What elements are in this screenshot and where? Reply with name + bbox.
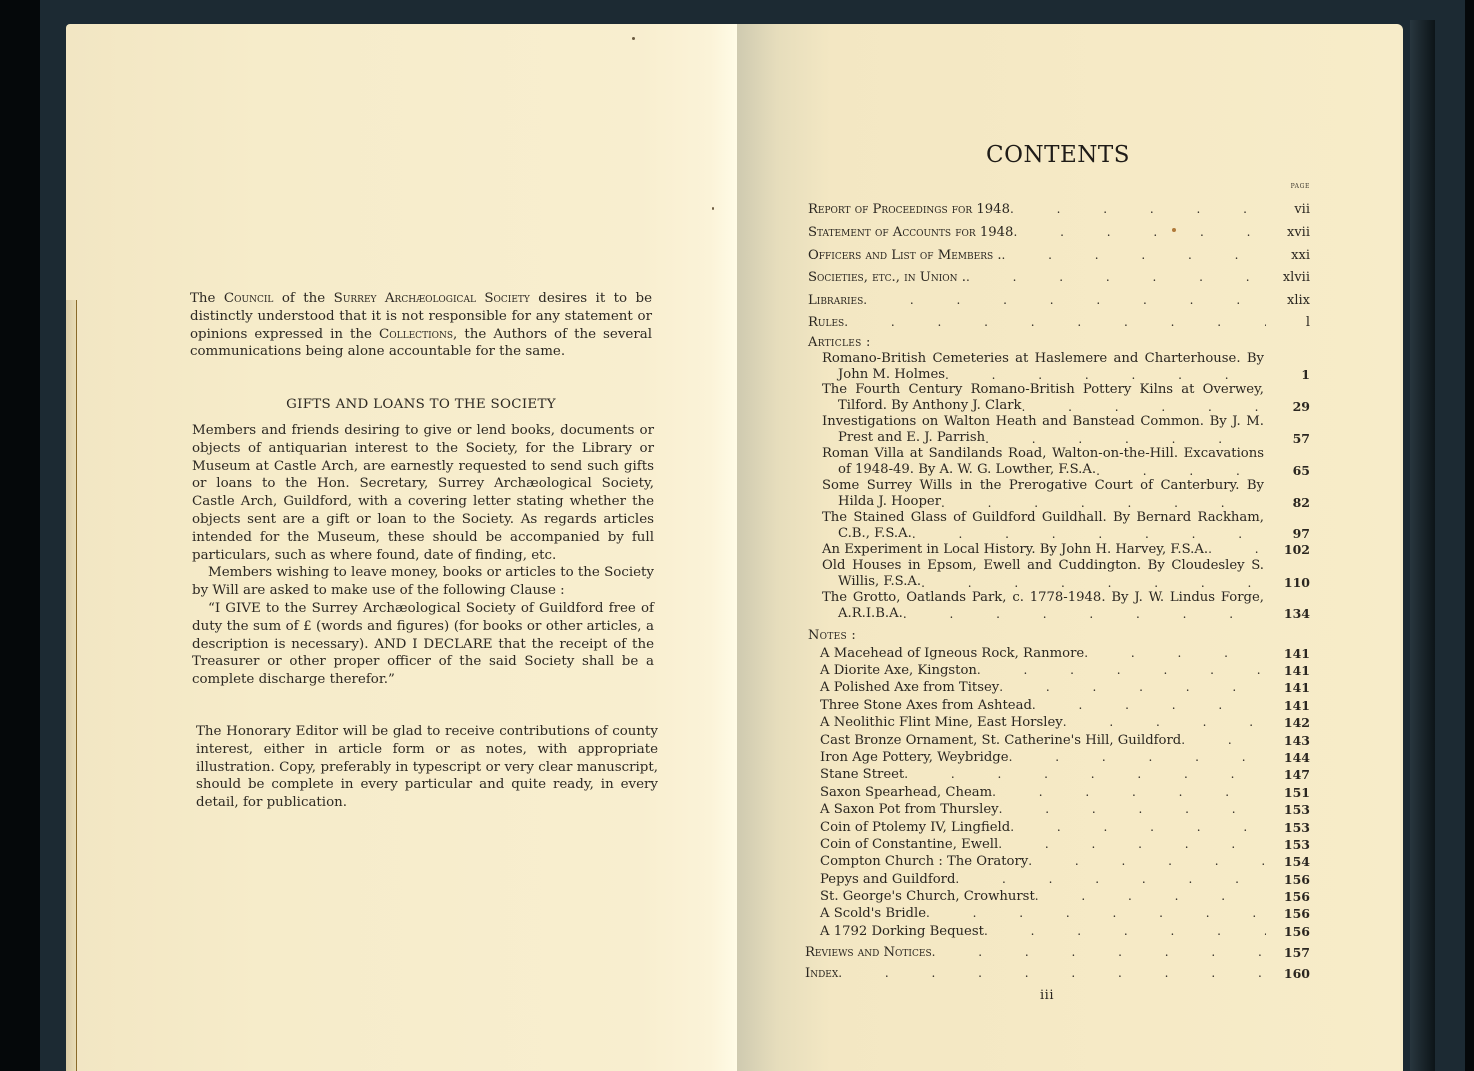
dot-leader: . . . . . . . . . . . . . . . . . . . . … (1010, 819, 1266, 836)
toc-entry-page: l (1266, 314, 1310, 331)
page-column-label: page (1270, 181, 1310, 191)
dot-leader: . . . . . . . . . . . . . . . . . . . . … (955, 871, 1266, 888)
toc-entry[interactable]: A 1792 Dorking Bequest . . . . . . . . .… (808, 923, 1310, 940)
toc-entry-title-line1: The Stained Glass of Guildford Guildhall… (822, 510, 1264, 526)
toc-entry-title-line2: C.B., F.S.A. (838, 526, 912, 542)
paper-speck (1172, 228, 1176, 232)
toc-entry-title: Statement of Accounts for 1948 (808, 224, 1013, 241)
toc-entry-page: 141 (1266, 645, 1310, 662)
dot-leader: . . . . . . . . . . . . . . . . . . . . … (1009, 749, 1266, 766)
toc-entry-title: Pepys and Guildford (820, 871, 955, 888)
left-page-edge (66, 300, 77, 1071)
toc-entry[interactable]: Stane Street . . . . . . . . . . . . . .… (808, 766, 1310, 783)
toc-entry-title: Coin of Constantine, Ewell (820, 836, 998, 853)
toc-entry-page: 134 (1266, 606, 1310, 621)
dot-leader: . . . . . . . . . . . . . . . . . . . . … (1022, 400, 1266, 414)
toc-entry-title: A 1792 Dorking Bequest (820, 923, 984, 940)
paper-speck (712, 207, 714, 210)
dot-leader: . . . . . . . . . . . . . . . . . . . . … (1032, 697, 1266, 714)
toc-entry-title: Reviews and Notices (805, 944, 932, 961)
toc-entry-page: 156 (1266, 871, 1310, 888)
toc-entry-title: Officers and List of Members . (808, 247, 1002, 264)
notice-text-segment: Council (224, 291, 274, 306)
toc-entry-page: xlix (1266, 292, 1310, 309)
book-cover-edge (1410, 20, 1435, 1071)
toc-entry[interactable]: A Diorite Axe, Kingston . . . . . . . . … (808, 662, 1310, 679)
dot-leader: . . . . . . . . . . . . . . . . . . . . … (966, 269, 1266, 286)
toc-entry-title: Three Stone Axes from Ashtead (820, 697, 1032, 714)
toc-article-entry[interactable]: The Fourth Century Romano-British Potter… (808, 382, 1310, 414)
toc-entry-title: Rules (808, 314, 844, 331)
articles-heading: Articles : (808, 332, 1310, 351)
toc-entry[interactable]: Rules . . . . . . . . . . . . . . . . . … (808, 309, 1310, 332)
toc-entry[interactable]: Cast Bronze Ornament, St. Catherine's Hi… (808, 731, 1310, 748)
toc-entry-title-line2: Willis, F.S.A. (838, 574, 921, 590)
dot-leader: . . . . . . . . . . . . . . . . . . . . … (844, 314, 1266, 331)
dot-leader: . . . . . . . . . . . . . . . . . . . . … (992, 784, 1266, 801)
dot-leader: . . . . . . . . . . . . . . . . . . . . … (904, 766, 1266, 783)
dot-leader: . . . . . . . . . . . . . . . . . . . . … (999, 679, 1266, 696)
toc-entry-page: 153 (1266, 801, 1310, 818)
dot-leader: . . . . . . . . . . . . . . . . . . . . … (1096, 464, 1266, 478)
dot-leader: . . . . . . . . . . . . . . . . . . . . … (1084, 645, 1266, 662)
bequest-clause: “I GIVE to the Surrey Archæological Soci… (192, 600, 654, 689)
toc-entry-page: 82 (1266, 495, 1310, 510)
dot-leader: . . . . . . . . . . . . . . . . . . . . … (941, 496, 1266, 510)
toc-entry-page: xlvii (1266, 269, 1310, 286)
toc-entry-title: Cast Bronze Ornament, St. Catherine's Hi… (820, 732, 1181, 749)
notice-text-segment: Collections (379, 327, 453, 342)
dot-leader: . . . . . . . . . . . . . . . . . . . . … (912, 527, 1266, 541)
dot-leader: . . . . . . . . . . . . . . . . . . . . … (1181, 732, 1266, 749)
toc-entry-title-line1: Some Surrey Wills in the Prerogative Cou… (822, 478, 1264, 494)
gifts-heading: GIFTS AND LOANS TO THE SOCIETY (190, 397, 652, 412)
toc-article-entry[interactable]: An Experiment in Local History. By John … (808, 541, 1310, 558)
toc-entry-page: 102 (1266, 541, 1310, 558)
toc-entry-title: A Neolithic Flint Mine, East Horsley (820, 714, 1063, 731)
toc-entry-page: 156 (1266, 923, 1310, 940)
toc-entry[interactable]: A Polished Axe from Titsey . . . . . . .… (808, 679, 1310, 696)
toc-entry-page: 57 (1266, 431, 1310, 446)
toc-entry[interactable]: Coin of Ptolemy IV, Lingfield . . . . . … (808, 818, 1310, 835)
dot-leader: . . . . . . . . . . . . . . . . . . . . … (926, 905, 1266, 922)
dot-leader: . . . . . . . . . . . . . . . . . . . . … (985, 432, 1266, 446)
dot-leader: . . . . . . . . . . . . . . . . . . . . … (932, 944, 1266, 961)
gifts-section: Members and friends desiring to give or … (192, 422, 654, 689)
toc-entry-page: 65 (1266, 463, 1310, 478)
gifts-paragraph-2: Members wishing to leave money, books or… (192, 564, 654, 600)
toc-entry[interactable]: Societies, etc., in Union . . . . . . . … (808, 264, 1310, 287)
toc-entry-page: 153 (1266, 819, 1310, 836)
toc-entry-title: Libraries (808, 292, 863, 309)
toc-entry-title-line2-row: Prest and E. J. Parrish . . . . . . . . … (822, 430, 1310, 446)
toc-entry-title-line2-row: Hilda J. Hooper . . . . . . . . . . . . … (822, 494, 1310, 510)
toc-entry-title: Index (805, 965, 838, 982)
toc-entry-title-line2: of 1948-49. By A. W. G. Lowther, F.S.A. (838, 462, 1096, 478)
dot-leader: . . . . . . . . . . . . . . . . . . . . … (1063, 714, 1266, 731)
toc-article-entry[interactable]: Investigations on Walton Heath and Banst… (808, 414, 1310, 446)
toc-article-entry[interactable]: The Stained Glass of Guildford Guildhall… (808, 510, 1310, 542)
dot-leader: . . . . . . . . . . . . . . . . . . . . … (984, 923, 1266, 940)
toc-entry-title-line1: Roman Villa at Sandilands Road, Walton-o… (822, 446, 1264, 462)
toc-entry-title: A Diorite Axe, Kingston (820, 662, 977, 679)
toc-entry-title-line2-row: Tilford. By Anthony J. Clark . . . . . .… (822, 398, 1310, 414)
dot-leader: . . . . . . . . . . . . . . . . . . . . … (1208, 541, 1266, 558)
dot-leader: . . . . . . . . . . . . . . . . . . . . … (998, 836, 1266, 853)
toc-entry-page: vii (1266, 201, 1310, 218)
toc-entry[interactable]: Index . . . . . . . . . . . . . . . . . … (805, 961, 1310, 982)
toc-entry-title-line1: The Fourth Century Romano-British Potter… (822, 382, 1264, 398)
toc-entry-page: xvii (1266, 224, 1310, 241)
toc-entry-title-line2: Prest and E. J. Parrish (838, 430, 985, 446)
notice-text-segment: of the (273, 291, 333, 306)
toc-entry-page: 156 (1266, 888, 1310, 905)
gifts-paragraph-1: Members and friends desiring to give or … (192, 422, 654, 564)
toc-entry-title: Saxon Spearhead, Cheam (820, 784, 992, 801)
dot-leader: . . . . . . . . . . . . . . . . . . . . … (1028, 853, 1266, 870)
dot-leader: . . . . . . . . . . . . . . . . . . . . … (863, 292, 1266, 309)
toc-article-entry[interactable]: Roman Villa at Sandilands Road, Walton-o… (808, 446, 1310, 478)
toc-entry-page: 153 (1266, 836, 1310, 853)
toc-entry-title: A Scold's Bridle (820, 905, 926, 922)
toc-entry-title-line2-row: A.R.I.B.A. . . . . . . . . . . . . . . .… (822, 605, 1310, 621)
toc-entry-title: Iron Age Pottery, Weybridge (820, 749, 1009, 766)
toc-entry[interactable]: Statement of Accounts for 1948 . . . . .… (808, 219, 1310, 242)
toc-entry-page: 29 (1266, 399, 1310, 414)
toc-entry[interactable]: Reviews and Notices . . . . . . . . . . … (805, 940, 1310, 961)
toc-entry-page: xxi (1266, 247, 1310, 264)
toc-entry[interactable]: Compton Church : The Oratory . . . . . .… (808, 853, 1310, 870)
dot-leader: . . . . . . . . . . . . . . . . . . . . … (921, 576, 1266, 590)
toc-entry-page: 141 (1266, 662, 1310, 679)
contents-title: CONTENTS (737, 142, 1379, 168)
toc-entry-page: 1 (1266, 367, 1310, 382)
toc-entry-title: Coin of Ptolemy IV, Lingfield (820, 819, 1010, 836)
notice-text-segment: The (190, 291, 224, 306)
toc-entry-title: An Experiment in Local History. By John … (822, 541, 1208, 558)
toc-entry-title-line1: Romano-British Cemeteries at Haslemere a… (822, 351, 1264, 367)
dot-leader: . . . . . . . . . . . . . . . . . . . . … (1035, 888, 1266, 905)
toc-entry[interactable]: Report of Proceedings for 1948 . . . . .… (808, 196, 1310, 219)
dot-leader: . . . . . . . . . . . . . . . . . . . . … (1002, 247, 1266, 264)
toc-entry-title-line1: Investigations on Walton Heath and Banst… (822, 414, 1264, 430)
toc-entry[interactable]: Iron Age Pottery, Weybridge . . . . . . … (808, 749, 1310, 766)
toc-entry-title: Compton Church : The Oratory (820, 853, 1028, 870)
toc-entry-page: 154 (1266, 853, 1310, 870)
page-number: iii (1040, 988, 1054, 1003)
toc-article-entry[interactable]: Some Surrey Wills in the Prerogative Cou… (808, 478, 1310, 510)
toc-entry[interactable]: St. George's Church, Crowhurst . . . . .… (808, 888, 1310, 905)
toc-entry-page: 156 (1266, 905, 1310, 922)
toc-entry[interactable]: A Saxon Pot from Thursley . . . . . . . … (808, 801, 1310, 818)
dot-leader: . . . . . . . . . . . . . . . . . . . . … (838, 965, 1266, 982)
toc-entry-page: 110 (1266, 575, 1310, 590)
notice-text-segment: Surrey Archæological Society (334, 291, 530, 306)
toc-entry-title: St. George's Church, Crowhurst (820, 888, 1035, 905)
editor-note: The Honorary Editor will be glad to rece… (196, 723, 658, 812)
council-disclaimer: The Council of the Surrey Archæological … (190, 290, 652, 361)
toc-entry-title-line2: Tilford. By Anthony J. Clark (838, 398, 1022, 414)
toc-entry-title-line2-row: of 1948-49. By A. W. G. Lowther, F.S.A. … (822, 462, 1310, 478)
toc-entry-title-line1: Old Houses in Epsom, Ewell and Cuddingto… (822, 558, 1264, 574)
toc-article-entry[interactable]: Old Houses in Epsom, Ewell and Cuddingto… (808, 558, 1310, 590)
toc-entry[interactable]: Coin of Constantine, Ewell . . . . . . .… (808, 836, 1310, 853)
toc-entry[interactable]: Pepys and Guildford . . . . . . . . . . … (808, 871, 1310, 888)
toc-entry-page: 160 (1266, 965, 1310, 982)
toc-entry[interactable]: Libraries . . . . . . . . . . . . . . . … (808, 286, 1310, 309)
toc-entry-title-line2: Hilda J. Hooper (838, 494, 941, 510)
toc-entry[interactable]: A Macehead of Igneous Rock, Ranmore . . … (808, 644, 1310, 661)
toc-entry-page: 141 (1266, 697, 1310, 714)
dot-leader: . . . . . . . . . . . . . . . . . . . . … (999, 801, 1266, 818)
dot-leader: . . . . . . . . . . . . . . . . . . . . … (1013, 224, 1266, 241)
toc-entry-page: 151 (1266, 784, 1310, 801)
toc-entry[interactable]: A Scold's Bridle . . . . . . . . . . . .… (808, 905, 1310, 922)
toc-entry-title-line2: John M. Holmes (838, 367, 945, 383)
toc-entry-title: A Polished Axe from Titsey (820, 679, 999, 696)
toc-article-entry[interactable]: The Grotto, Oatlands Park, c. 1778-1948.… (808, 590, 1310, 622)
toc-entry-title-line2: A.R.I.B.A. (838, 606, 903, 622)
dot-leader: . . . . . . . . . . . . . . . . . . . . … (903, 607, 1266, 621)
dot-leader: . . . . . . . . . . . . . . . . . . . . … (1010, 201, 1266, 218)
dot-leader: . . . . . . . . . . . . . . . . . . . . … (977, 662, 1266, 679)
toc-entry-page: 141 (1266, 679, 1310, 696)
toc-entry-title: Societies, etc., in Union . (808, 269, 966, 286)
toc-entry-page: 144 (1266, 749, 1310, 766)
toc-entry-page: 142 (1266, 714, 1310, 731)
toc-entry-title: A Macehead of Igneous Rock, Ranmore (820, 645, 1084, 662)
table-of-contents: Report of Proceedings for 1948 . . . . .… (808, 196, 1310, 982)
toc-entry[interactable]: A Neolithic Flint Mine, East Horsley . .… (808, 714, 1310, 731)
toc-entry-page: 147 (1266, 766, 1310, 783)
toc-entry-title-line1: The Grotto, Oatlands Park, c. 1778-1948.… (822, 590, 1264, 606)
toc-entry-page: 143 (1266, 732, 1310, 749)
toc-article-entry[interactable]: Romano-British Cemeteries at Haslemere a… (808, 351, 1310, 383)
toc-entry-title-line2-row: Willis, F.S.A. . . . . . . . . . . . . .… (822, 574, 1310, 590)
toc-entry[interactable]: Three Stone Axes from Ashtead . . . . . … (808, 697, 1310, 714)
toc-entry-title-line2-row: C.B., F.S.A. . . . . . . . . . . . . . .… (822, 525, 1310, 541)
toc-entry-title: Report of Proceedings for 1948 (808, 201, 1010, 218)
toc-entry-title: Stane Street (820, 766, 904, 783)
toc-entry-page: 97 (1266, 526, 1310, 541)
toc-entry-page: 157 (1266, 944, 1310, 961)
toc-entry[interactable]: Officers and List of Members . . . . . .… (808, 241, 1310, 264)
toc-entry-title-line2-row: John M. Holmes . . . . . . . . . . . . .… (822, 366, 1310, 382)
paper-speck (632, 37, 635, 40)
toc-entry[interactable]: Saxon Spearhead, Cheam . . . . . . . . .… (808, 784, 1310, 801)
dot-leader: . . . . . . . . . . . . . . . . . . . . … (945, 368, 1266, 382)
toc-entry-title: A Saxon Pot from Thursley (820, 801, 999, 818)
notes-heading: Notes : (808, 625, 1310, 644)
